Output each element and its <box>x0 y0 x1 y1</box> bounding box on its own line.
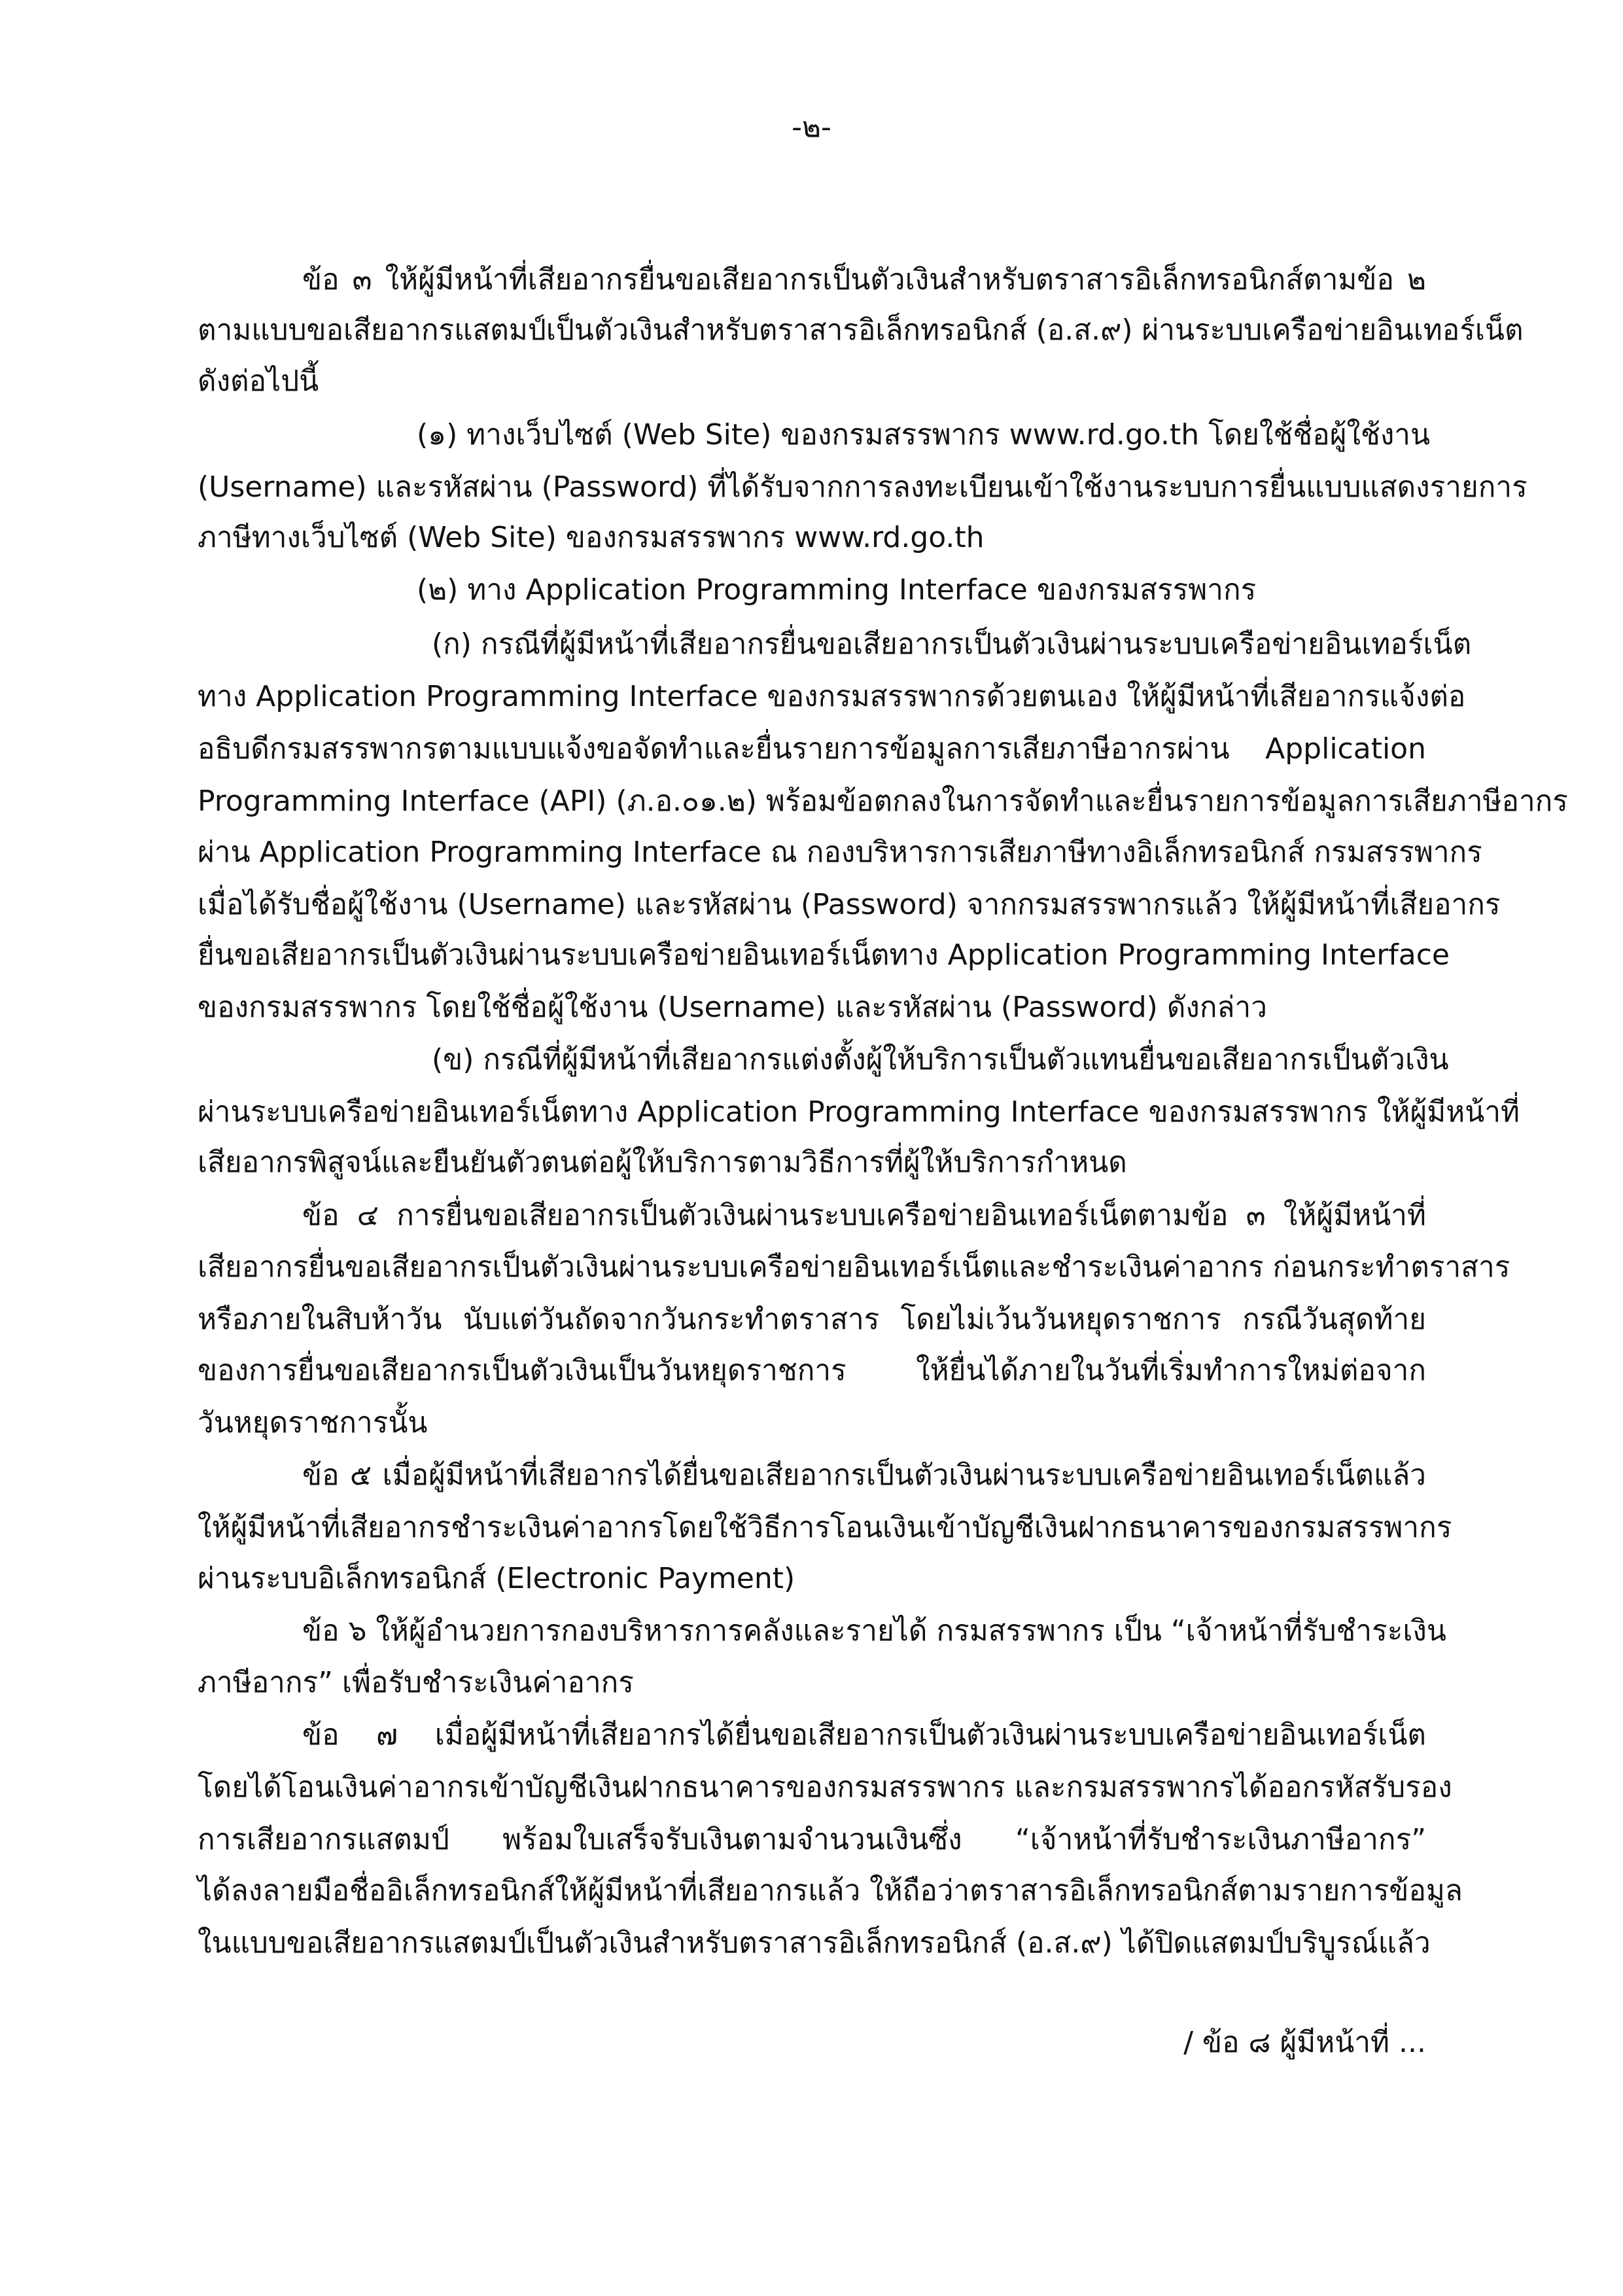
item-2a-line-3: อธิบดีกรมสรรพากรตามแบบแจ้งขอจัดทำและยื่น… <box>198 724 1426 775</box>
item-2a-line-1: (ก) กรณีที่ผู้มีหน้าที่เสียอากรยื่นขอเสี… <box>432 619 1426 670</box>
clause-6-line-2: ภาษีอากร” เพื่อรับชำระเงินค่าอากร <box>198 1657 1426 1708</box>
clause-7-line-2: โดยได้โอนเงินค่าอากรเข้าบัญชีเงินฝากธนาค… <box>198 1762 1426 1813</box>
item-1-line-3: ภาษีทางเว็บไซต์ (Web Site) ของกรมสรรพากร… <box>198 512 1426 563</box>
clause-7-line-3: การเสียอากรแสตมป์ พร้อมใบเสร็จรับเงินตาม… <box>198 1814 1426 1865</box>
clause-5-line-1: ข้อ ๕ เมื่อผู้มีหน้าที่เสียอากรได้ยื่นขอ… <box>302 1450 1426 1501</box>
clause-4-line-5: วันหยุดราชการนั้น <box>198 1398 1426 1449</box>
item-2a-line-4: Programming Interface (API) (ภ.อ.๐๑.๒) พ… <box>198 776 1426 827</box>
clause-5-line-2: ให้ผู้มีหน้าที่เสียอากรชำระเงินค่าอากรโด… <box>198 1502 1426 1553</box>
clause-4-line-4: ของการยื่นขอเสียอากรเป็นตัวเงินเป็นวันหย… <box>198 1345 1426 1396</box>
item-2a-line-7: ยื่นขอเสียอากรเป็นตัวเงินผ่านระบบเครือข่… <box>198 930 1426 981</box>
clause-3-line-3: ดังต่อไปนี้ <box>198 356 1426 407</box>
item-1-line-1: (๑) ทางเว็บไซต์ (Web Site) ของกรมสรรพากร… <box>417 410 1426 461</box>
document-page: -๒- ข้อ ๓ ให้ผู้มีหน้าที่เสียอากรยื่นขอเ… <box>0 0 1623 2296</box>
item-2a-line-8: ของกรมสรรพากร โดยใช้ชื่อผู้ใช้งาน (Usern… <box>198 982 1426 1033</box>
continuation-footer: / ข้อ ๘ ผู้มีหน้าที่ ... <box>198 2017 1426 2068</box>
item-2a-line-5: ผ่าน Application Programming Interface ณ… <box>198 827 1426 878</box>
clause-6-line-1: ข้อ ๖ ให้ผู้อำนวยการกองบริหารการคลังและร… <box>302 1606 1426 1657</box>
item-2b-line-1: (ข) กรณีที่ผู้มีหน้าที่เสียอากรแต่งตั้งผ… <box>432 1034 1426 1086</box>
clause-7-line-5: ในแบบขอเสียอากรแสตมป์เป็นตัวเงินสำหรับตร… <box>198 1918 1426 1969</box>
clause-4-line-2: เสียอากรยื่นขอเสียอากรเป็นตัวเงินผ่านระบ… <box>198 1242 1426 1293</box>
item-2b-line-2: ผ่านระบบเครือข่ายอินเทอร์เน็ตทาง Applica… <box>198 1087 1426 1138</box>
item-2a-line-2: ทาง Application Programming Interface ขอ… <box>198 671 1426 722</box>
item-1-line-2: (Username) และรหัสผ่าน (Password) ที่ได้… <box>198 462 1426 513</box>
clause-3-line-2: ตามแบบขอเสียอากรแสตมป์เป็นตัวเงินสำหรับต… <box>198 305 1426 356</box>
clause-7-line-1: ข้อ ๗ เมื่อผู้มีหน้าที่เสียอากรได้ยื่นขอ… <box>302 1710 1426 1761</box>
item-2b-line-3: เสียอากรพิสูจน์และยืนยันตัวตนต่อผู้ให้บร… <box>198 1137 1426 1188</box>
clause-4-line-3: หรือภายในสิบห้าวัน นับแต่วันถัดจากวันกระ… <box>198 1294 1426 1345</box>
item-2a-line-6: เมื่อได้รับชื่อผู้ใช้งาน (Username) และร… <box>198 879 1426 930</box>
clause-7-line-4: ได้ลงลายมือชื่ออิเล็กทรอนิกส์ให้ผู้มีหน้… <box>198 1865 1426 1916</box>
clause-5-line-3: ผ่านระบบอิเล็กทรอนิกส์ (Electronic Payme… <box>198 1553 1426 1604</box>
clause-4-line-1: ข้อ ๔ การยื่นขอเสียอากรเป็นตัวเงินผ่านระ… <box>302 1190 1426 1241</box>
item-2-line-1: (๒) ทาง Application Programming Interfac… <box>417 565 1426 616</box>
clause-3-line-1: ข้อ ๓ ให้ผู้มีหน้าที่เสียอากรยื่นขอเสียอ… <box>302 255 1426 306</box>
page-number: -๒- <box>0 105 1623 150</box>
